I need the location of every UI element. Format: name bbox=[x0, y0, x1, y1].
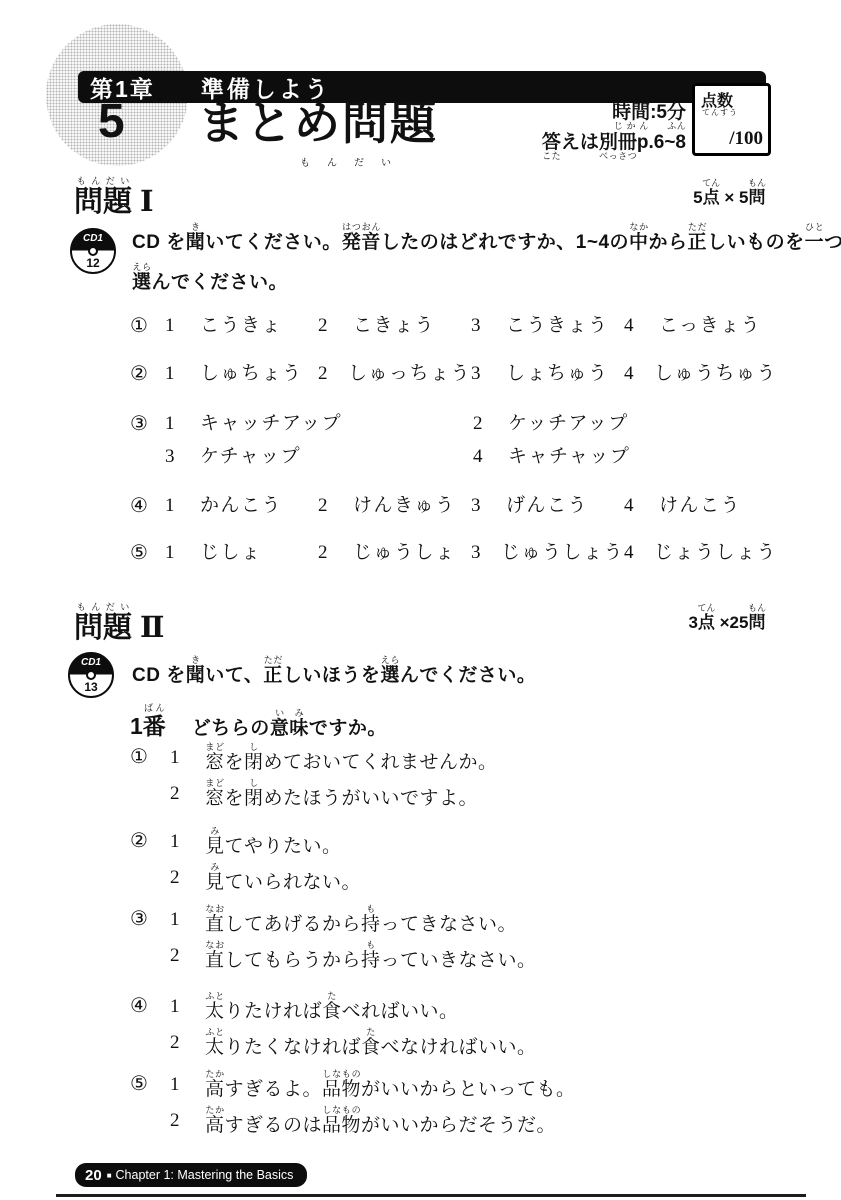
option: 2ケッチアップ bbox=[473, 412, 781, 436]
option: 2こきょう bbox=[318, 314, 471, 338]
question-number-spacer bbox=[130, 1105, 170, 1141]
option-line: 2 太ふとりたくなければ食たべなければいい。 bbox=[130, 1027, 537, 1063]
section2-subheading: 1番ばん どちらの意い味みですか。 bbox=[130, 703, 387, 741]
option: 2じゅうしょ bbox=[318, 541, 471, 565]
option-line: ② 1 見みてやりたい。 bbox=[130, 826, 361, 862]
instruction-line: 選えらんでください。 bbox=[132, 262, 792, 302]
section-number: 5 bbox=[98, 98, 125, 146]
cd-track-icon: CD1 12 bbox=[70, 228, 116, 274]
question-number-spacer bbox=[130, 445, 165, 469]
question-row-5: ⑤ 1じしょ 2じゅうしょ 3じゅうしょう 4じょうしょう bbox=[130, 541, 777, 565]
option-line: 2 見みていられない。 bbox=[130, 862, 361, 898]
option: 3しょちゅう bbox=[471, 362, 624, 386]
answers-reference: 答こたえは別冊べっさつp.6~8 bbox=[542, 133, 686, 161]
cd-track-number: 13 bbox=[70, 680, 112, 694]
question-number: ④ bbox=[130, 494, 165, 518]
option: 3げんこう bbox=[471, 494, 624, 518]
option: 4こっきょう bbox=[624, 314, 777, 338]
question-row-3-line2: 3ケチャップ 4キャチャップ bbox=[130, 445, 781, 469]
question-number: ⑤ bbox=[130, 541, 165, 565]
footer-chapter-label: Chapter 1: Mastering the Basics bbox=[116, 1168, 294, 1182]
question-row-4: ④ 1かんこう 2けんきゅう 3げんこう 4けんこう bbox=[130, 494, 777, 518]
subheading-number: 1番ばん bbox=[130, 703, 166, 741]
question-row-1: ① 1こうきょ 2こきょう 3こうきょう 4こっきょう bbox=[130, 314, 777, 338]
question-block-5: ⑤ 1 高たかすぎるよ。品物しなものがいいからといっても。 2 高たかすぎるのは… bbox=[130, 1069, 576, 1141]
option: 4しゅうちゅう bbox=[624, 362, 777, 386]
cd-track-number: 12 bbox=[72, 256, 114, 270]
option-text: 直なおしてあげるから持もってきなさい。 bbox=[205, 904, 517, 940]
option-text: 直なおしてもらうから持もっていきなさい。 bbox=[205, 940, 537, 976]
option: 3こうきょう bbox=[471, 314, 624, 338]
option: 1キャッチアップ bbox=[165, 412, 473, 436]
section1-heading-title: 問題もんだい bbox=[74, 186, 132, 218]
section2-heading-title: 問題もんだい bbox=[74, 612, 132, 644]
question-number-spacer bbox=[130, 1027, 170, 1063]
option-text: 高たかすぎるよ。品物しなものがいいからといっても。 bbox=[205, 1069, 576, 1105]
page-title: まとめ問題 bbox=[198, 100, 438, 146]
question-number: ① bbox=[130, 742, 170, 778]
time-limit: 時間じかん:5分ふん bbox=[612, 103, 686, 131]
option: 2しゅっちょう bbox=[318, 362, 471, 386]
section1-numeral: Ⅰ bbox=[140, 186, 154, 218]
question-number-spacer bbox=[130, 940, 170, 976]
cd-disc-label: CD1 bbox=[70, 657, 112, 668]
option: 1こうきょ bbox=[165, 314, 318, 338]
cd-track-icon: CD1 13 bbox=[68, 652, 114, 698]
section1-heading: 問題もんだいⅠ bbox=[74, 176, 154, 219]
subheading-prompt: どちらの意い味みですか。 bbox=[192, 708, 387, 740]
option: 4キャチャップ bbox=[473, 445, 781, 469]
section1-instructions: CD を聞きいてください。発音はつおんしたのはどれですか、1~4の中なかから正た… bbox=[132, 222, 792, 302]
question-number-spacer bbox=[130, 862, 170, 898]
score-value: /100 bbox=[729, 128, 763, 150]
question-row-3-line1: ③ 1キャッチアップ 2ケッチアップ bbox=[130, 412, 781, 436]
question-block-4: ④ 1 太ふとりたければ食たべればいい。 2 太ふとりたくなければ食たべなければ… bbox=[130, 991, 537, 1063]
page-number: 20 bbox=[85, 1167, 102, 1184]
section1-points: 5点てん × 5問もん bbox=[693, 178, 766, 213]
option: 3じゅうしょう bbox=[471, 541, 624, 565]
cd-hole bbox=[86, 670, 96, 680]
square-bullet-icon: ■ bbox=[107, 1171, 112, 1180]
score-box: 点数 てんすう /100 bbox=[692, 83, 771, 156]
page-title-furigana: もんだい bbox=[300, 154, 408, 169]
option-line: 2 高たかすぎるのは品物しなものがいいからだそうだ。 bbox=[130, 1105, 576, 1141]
option-line: ⑤ 1 高たかすぎるよ。品物しなものがいいからといっても。 bbox=[130, 1069, 576, 1105]
option: 4けんこう bbox=[624, 494, 777, 518]
option-line: 2 窓まどを閉しめたほうがいいですよ。 bbox=[130, 778, 498, 814]
option-text: 見みてやりたい。 bbox=[205, 826, 342, 862]
question-number: ② bbox=[130, 826, 170, 862]
cd-hole bbox=[88, 246, 98, 256]
option: 1じしょ bbox=[165, 541, 318, 565]
textbook-page: 第1章 準備しよう 5 まとめ問題 もんだい 時間じかん:5分ふん 答こたえは別… bbox=[0, 0, 841, 1200]
option-text: 見みていられない。 bbox=[205, 862, 361, 898]
option: 4じょうしょう bbox=[624, 541, 777, 565]
question-row-2: ② 1しゅちょう 2しゅっちょう 3しょちゅう 4しゅうちゅう bbox=[130, 362, 777, 386]
cd-disc-label: CD1 bbox=[72, 233, 114, 244]
question-block-1: ① 1 窓まどを閉しめておいてくれませんか。 2 窓まどを閉しめたほうがいいです… bbox=[130, 742, 498, 814]
question-number-spacer bbox=[130, 778, 170, 814]
option-line: ① 1 窓まどを閉しめておいてくれませんか。 bbox=[130, 742, 498, 778]
option-text: 窓まどを閉しめたほうがいいですよ。 bbox=[205, 778, 478, 814]
score-label-furigana: てんすう bbox=[702, 107, 738, 118]
option-line: ③ 1 直なおしてあげるから持もってきなさい。 bbox=[130, 904, 537, 940]
question-number: ② bbox=[130, 362, 165, 386]
instruction-line: CD を聞きいて、正ただしいほうを選えらんでください。 bbox=[132, 655, 792, 695]
section2-numeral: Ⅱ bbox=[140, 612, 164, 644]
option: 2けんきゅう bbox=[318, 494, 471, 518]
section2-instructions: CD を聞きいて、正ただしいほうを選えらんでください。 bbox=[132, 655, 792, 695]
question-number: ③ bbox=[130, 904, 170, 940]
option: 1かんこう bbox=[165, 494, 318, 518]
option-text: 太ふとりたければ食たべればいい。 bbox=[205, 991, 459, 1027]
question-number: ① bbox=[130, 314, 165, 338]
section2-heading: 問題もんだいⅡ bbox=[74, 602, 164, 645]
question-block-2: ② 1 見みてやりたい。 2 見みていられない。 bbox=[130, 826, 361, 898]
option: 1しゅちょう bbox=[165, 362, 318, 386]
question-number: ③ bbox=[130, 412, 165, 436]
option: 3ケチャップ bbox=[165, 445, 473, 469]
question-block-3: ③ 1 直なおしてあげるから持もってきなさい。 2 直なおしてもらうから持もって… bbox=[130, 904, 537, 976]
instruction-line: CD を聞きいてください。発音はつおんしたのはどれですか、1~4の中なかから正た… bbox=[132, 222, 792, 262]
option-text: 高たかすぎるのは品物しなものがいいからだそうだ。 bbox=[205, 1105, 556, 1141]
option-line: 2 直なおしてもらうから持もっていきなさい。 bbox=[130, 940, 537, 976]
option-text: 窓まどを閉しめておいてくれませんか。 bbox=[205, 742, 498, 778]
page-bottom-edge bbox=[56, 1194, 806, 1197]
question-number: ⑤ bbox=[130, 1069, 170, 1105]
question-number: ④ bbox=[130, 991, 170, 1027]
option-text: 太ふとりたくなければ食たべなければいい。 bbox=[205, 1027, 537, 1063]
footer-bar: 20 ■ Chapter 1: Mastering the Basics bbox=[75, 1163, 307, 1187]
option-line: ④ 1 太ふとりたければ食たべればいい。 bbox=[130, 991, 537, 1027]
section2-points: 3点てん ×25問もん bbox=[688, 603, 766, 638]
